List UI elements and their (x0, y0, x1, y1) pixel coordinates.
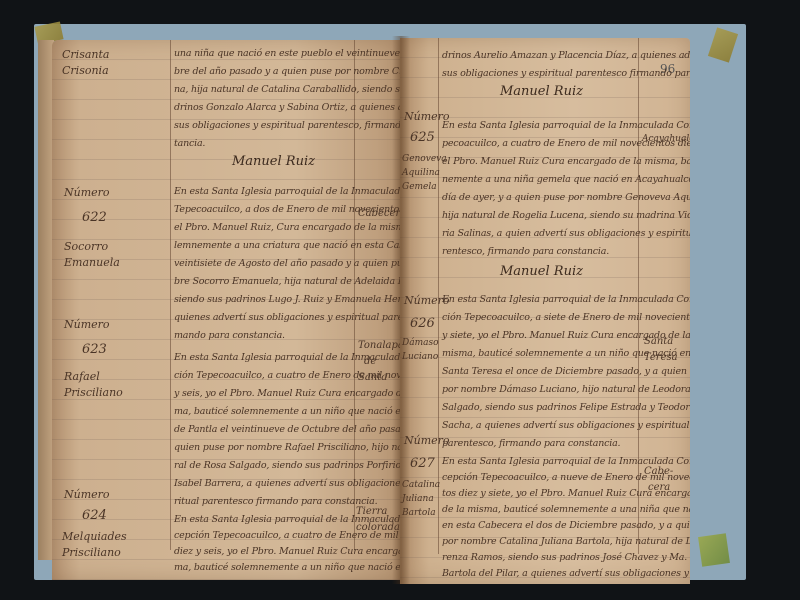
scanned-register-photo: Crisanta Crisonia una niña que nació en … (0, 0, 800, 600)
margin-name: Rafael (64, 370, 100, 383)
signature: Manuel Ruiz (500, 264, 583, 279)
signature: Manuel Ruiz (232, 154, 315, 169)
entry-line: ma, bauticé solemnemente a un niño que n… (174, 562, 400, 573)
entry-line: drinos Aurelio Amazan y Placencia Díaz, … (442, 50, 690, 61)
entry-number: 627 (410, 456, 435, 471)
margin-rule-left (170, 40, 171, 550)
entry-line: Santa Teresa el once de Diciembre pasado… (442, 366, 690, 377)
entry-line: En esta Santa Iglesia parroquial de la I… (174, 352, 400, 363)
entry-line: renza Ramos, siendo sus padrinos José Ch… (442, 552, 687, 563)
entry-number: 623 (82, 342, 107, 357)
entry-line: por nombre Catalina Juliana Bartola, hij… (442, 536, 690, 547)
entry-line: una niña que nació en este pueblo el vei… (174, 48, 400, 59)
entry-number: 622 (82, 210, 107, 225)
entry-line: ción Tepecoacuilco, a cuatro de Enero de… (174, 370, 400, 381)
entry-line: Bartola del Pilar, a quienes advertí sus… (442, 568, 690, 579)
entry-line: por nombre Dámaso Luciano, hijo natural … (442, 384, 690, 395)
entry-line: ral de Rosa Salgado, siendo sus padrinos… (174, 460, 400, 471)
entry-line: en esta Cabecera el dos de Diciembre pas… (442, 520, 690, 531)
entry-line: na, hija natural de Catalina Caraballido… (174, 84, 400, 95)
entry-line: Isabel Barrera, a quienes advertí sus ob… (174, 478, 400, 489)
entry-line: tancia. (174, 138, 205, 149)
entry-line: En esta Santa Iglesia parroquial de la I… (174, 186, 400, 197)
entry-line: el Pbro. Manuel Ruiz, Cura encargado de … (174, 222, 400, 233)
entry-line: Tepecoacuilco, a dos de Enero de mil nov… (174, 204, 400, 215)
entry-number: 626 (410, 316, 435, 331)
signature: Manuel Ruiz (500, 84, 583, 99)
entry-line: quien puse por nombre Rafael Prisciliano… (174, 442, 400, 453)
entry-line: bre del año pasado y a quien puse por no… (174, 66, 400, 77)
book-gutter (392, 36, 410, 584)
entry-line: parentesco, firmando para constancia. (442, 438, 620, 449)
entry-line: lemnemente a una criatura que nació en e… (174, 240, 400, 251)
entry-line: sus obligaciones y espiritual parentesco… (174, 120, 400, 131)
margin-name: Prisciliano (62, 546, 121, 559)
entry-line: hija natural de Rogelia Lucena, siendo s… (442, 210, 690, 221)
tape-corner-bottom-right (698, 533, 730, 567)
right-page: 96 drinos Aurelio Amazan y Placencia Día… (400, 38, 690, 584)
entry-line: ción Tepecoacuilco, a siete de Enero de … (442, 312, 690, 323)
entry-line: pecoacuilco, a cuatro de Enero de mil no… (442, 138, 690, 149)
entry-line: veintisiete de Agosto del año pasado y a… (174, 258, 400, 269)
entry-line: Salgado, siendo sus padrinos Felipe Estr… (442, 402, 690, 413)
entry-line: de Pantla el veintinueve de Octubre del … (174, 424, 400, 435)
margin-name: Prisciliano (64, 386, 123, 399)
entry-line: quienes advertí sus obligaciones y espir… (174, 312, 400, 323)
entry-line: de la misma, bauticé solemnemente a una … (442, 504, 690, 515)
entry-number: 625 (410, 130, 435, 145)
entry-line: En esta Santa Iglesia parroquial de la I… (174, 514, 400, 525)
entry-line: y siete, yo el Pbro. Manuel Ruiz Cura en… (442, 330, 690, 341)
entry-number-label: Número (404, 434, 450, 447)
entry-line: ritual parentesco firmando para constanc… (174, 496, 377, 507)
entry-line: cepción Tepecoacuilco, a nueve de Enero … (442, 472, 690, 483)
entry-number-label: Número (64, 186, 110, 199)
entry-line: En esta Santa Iglesia parroquial de la I… (442, 456, 690, 467)
entry-line: ria Salinas, a quien advertí sus obligac… (442, 228, 690, 239)
entry-number-label: Número (64, 488, 110, 501)
entry-line: siendo sus padrinos Lugo J. Ruiz y Emanu… (174, 294, 400, 305)
entry-number-label: Número (64, 318, 110, 331)
entry-line: nemente a una niña gemela que nació en A… (442, 174, 690, 185)
entry-line: tos diez y siete, yo el Pbro. Manuel Rui… (442, 488, 690, 499)
margin-name: Melquiades (62, 530, 127, 543)
entry-line: drinos Gonzalo Alarca y Sabina Ortiz, a … (174, 102, 400, 113)
margin-name: Emanuela (64, 256, 120, 269)
margin-name: Crisonia (62, 64, 109, 77)
entry-line: En esta Santa Iglesia parroquial de la I… (442, 120, 690, 131)
entry-number: 624 (82, 508, 107, 523)
entry-line: mando para constancia. (174, 330, 285, 341)
left-page: Crisanta Crisonia una niña que nació en … (52, 40, 400, 580)
entry-line: ma, bauticé solemnemente a un niño que n… (174, 406, 400, 417)
entry-line: cepción Tepecoacuilco, a cuatro de Enero… (174, 530, 400, 541)
entry-line: bre Socorro Emanuela, hija natural de Ad… (174, 276, 400, 287)
entry-line: Sacha, a quienes advertí sus obligacione… (442, 420, 689, 431)
entry-line: En esta Santa Iglesia parroquial de la I… (442, 294, 690, 305)
entry-line: rentesco, firmando para constancia. (442, 246, 609, 257)
entry-line: diez y seis, yo el Pbro. Manuel Ruiz Cur… (174, 546, 400, 557)
margin-name: Socorro (64, 240, 108, 253)
margin-name: Crisanta (62, 48, 109, 61)
entry-line: y seis, yo el Pbro. Manuel Ruiz Cura enc… (174, 388, 400, 399)
entry-line: misma, bauticé solemnemente a un niño qu… (442, 348, 690, 359)
entry-line: el Pbro. Manuel Ruiz Cura encargado de l… (442, 156, 690, 167)
entry-line: día de ayer, y a quien puse por nombre G… (442, 192, 690, 203)
entry-line: sus obligaciones y espiritual parentesco… (442, 68, 690, 79)
